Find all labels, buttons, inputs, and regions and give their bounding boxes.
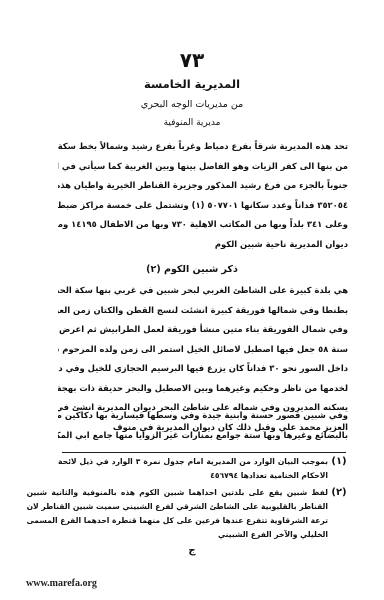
chapter-title: المديرية الخامسة [0, 77, 384, 91]
text-line: وعلى ٣٤١ بلداً وبها من المكاتب الاهلية ٧… [58, 215, 348, 235]
text-line: بطنطا وفي شمالها فوريقة كبيرة انشئت لنسج… [58, 301, 348, 321]
watermark-url: www.marefa.org [26, 578, 97, 589]
footnote-body: بموجب البيان الوارد من المديرية امام جدو… [58, 455, 328, 483]
footnote-body: لفظ شبين يقع على بلدتين احداهما شبين الك… [27, 486, 328, 542]
section-heading: مديرية المنوفية [0, 118, 384, 128]
text-line: الخليلي والآخر الفرع الشبيني [27, 528, 328, 542]
text-line: ٣٥٢٠٥٤ فداناً وعدد سكانها ٥٠٧٧٠١ (١) وتش… [58, 196, 348, 216]
footnote-marker: (٢) [328, 486, 350, 542]
page-number: ٧٣ [0, 48, 384, 72]
section-title: ذكر شبين الكوم (٢) [0, 264, 384, 275]
footnotes: (١) بموجب البيان الوارد من المديرية امام… [58, 455, 350, 542]
text-line: بالبضائع وغيرها وبها ستة جوامع بمنارات غ… [58, 426, 348, 446]
text-line: داخل السور نحو ٣٠ فداناً كان يزرع فيها ا… [58, 359, 348, 379]
text-line: وفي شبين قصور حسنة وابنية جيدة وفي وسطها… [58, 406, 348, 426]
footnote-divider [62, 452, 346, 453]
text-line: ديوان المديرية ناحية شبين الكوم [58, 235, 348, 255]
footnote-1: (١) بموجب البيان الوارد من المديرية امام… [58, 455, 350, 483]
signature-mark: ج [0, 545, 384, 556]
footnote-marker: (١) [328, 455, 350, 483]
text-line: الاحكام الختامية تعدادها ٤٥٦٧٩٤ [58, 469, 328, 483]
text-line: جنوباً بالجزء من فرع رشيد المذكور وجزيرة… [58, 176, 348, 196]
text-line: تحد هذه المديرية شرقاً بفرع دمياط وغرباً… [58, 137, 348, 157]
paragraph-buildings: وفي شبين قصور حسنة وابنية جيدة وفي وسطها… [58, 406, 348, 445]
chapter-subtitle: من مديريات الوجه البحري [0, 99, 384, 110]
text-line: لفظ شبين يقع على بلدتين احداهما شبين الك… [27, 486, 328, 500]
text-line: ترعة الشرقاوية تتفرع عندها فرعين على كل … [27, 514, 328, 528]
footnote-2: (٢) لفظ شبين يقع على بلدتين احداهما شبين… [58, 486, 350, 542]
text-line: القناطر بالقليوبية على الشاطئ الشرقي لفر… [27, 500, 328, 514]
text-line: وفي شمال الفوريقة بناء متين منشأ فوريقة … [58, 320, 348, 340]
text-line: من بنها الى كفر الزيات وهو الفاصل بينها … [58, 157, 348, 177]
paragraph-intro: تحد هذه المديرية شرقاً بفرع دمياط وغرباً… [58, 137, 348, 254]
document-page: ٧٣ المديرية الخامسة من مديريات الوجه الب… [0, 0, 384, 600]
text-line: هي بلدة كبيرة على الشاطئ الغربي لبحر شبي… [58, 281, 348, 301]
text-line: بموجب البيان الوارد من المديرية امام جدو… [58, 455, 328, 469]
text-line: لخدمها من ناظر وحكيم وغيرهما وبين الاصطب… [58, 379, 348, 399]
text-line: سنة ٥٨ جعل فيها اصطبل لاصائل الخيل استمر… [58, 340, 348, 360]
